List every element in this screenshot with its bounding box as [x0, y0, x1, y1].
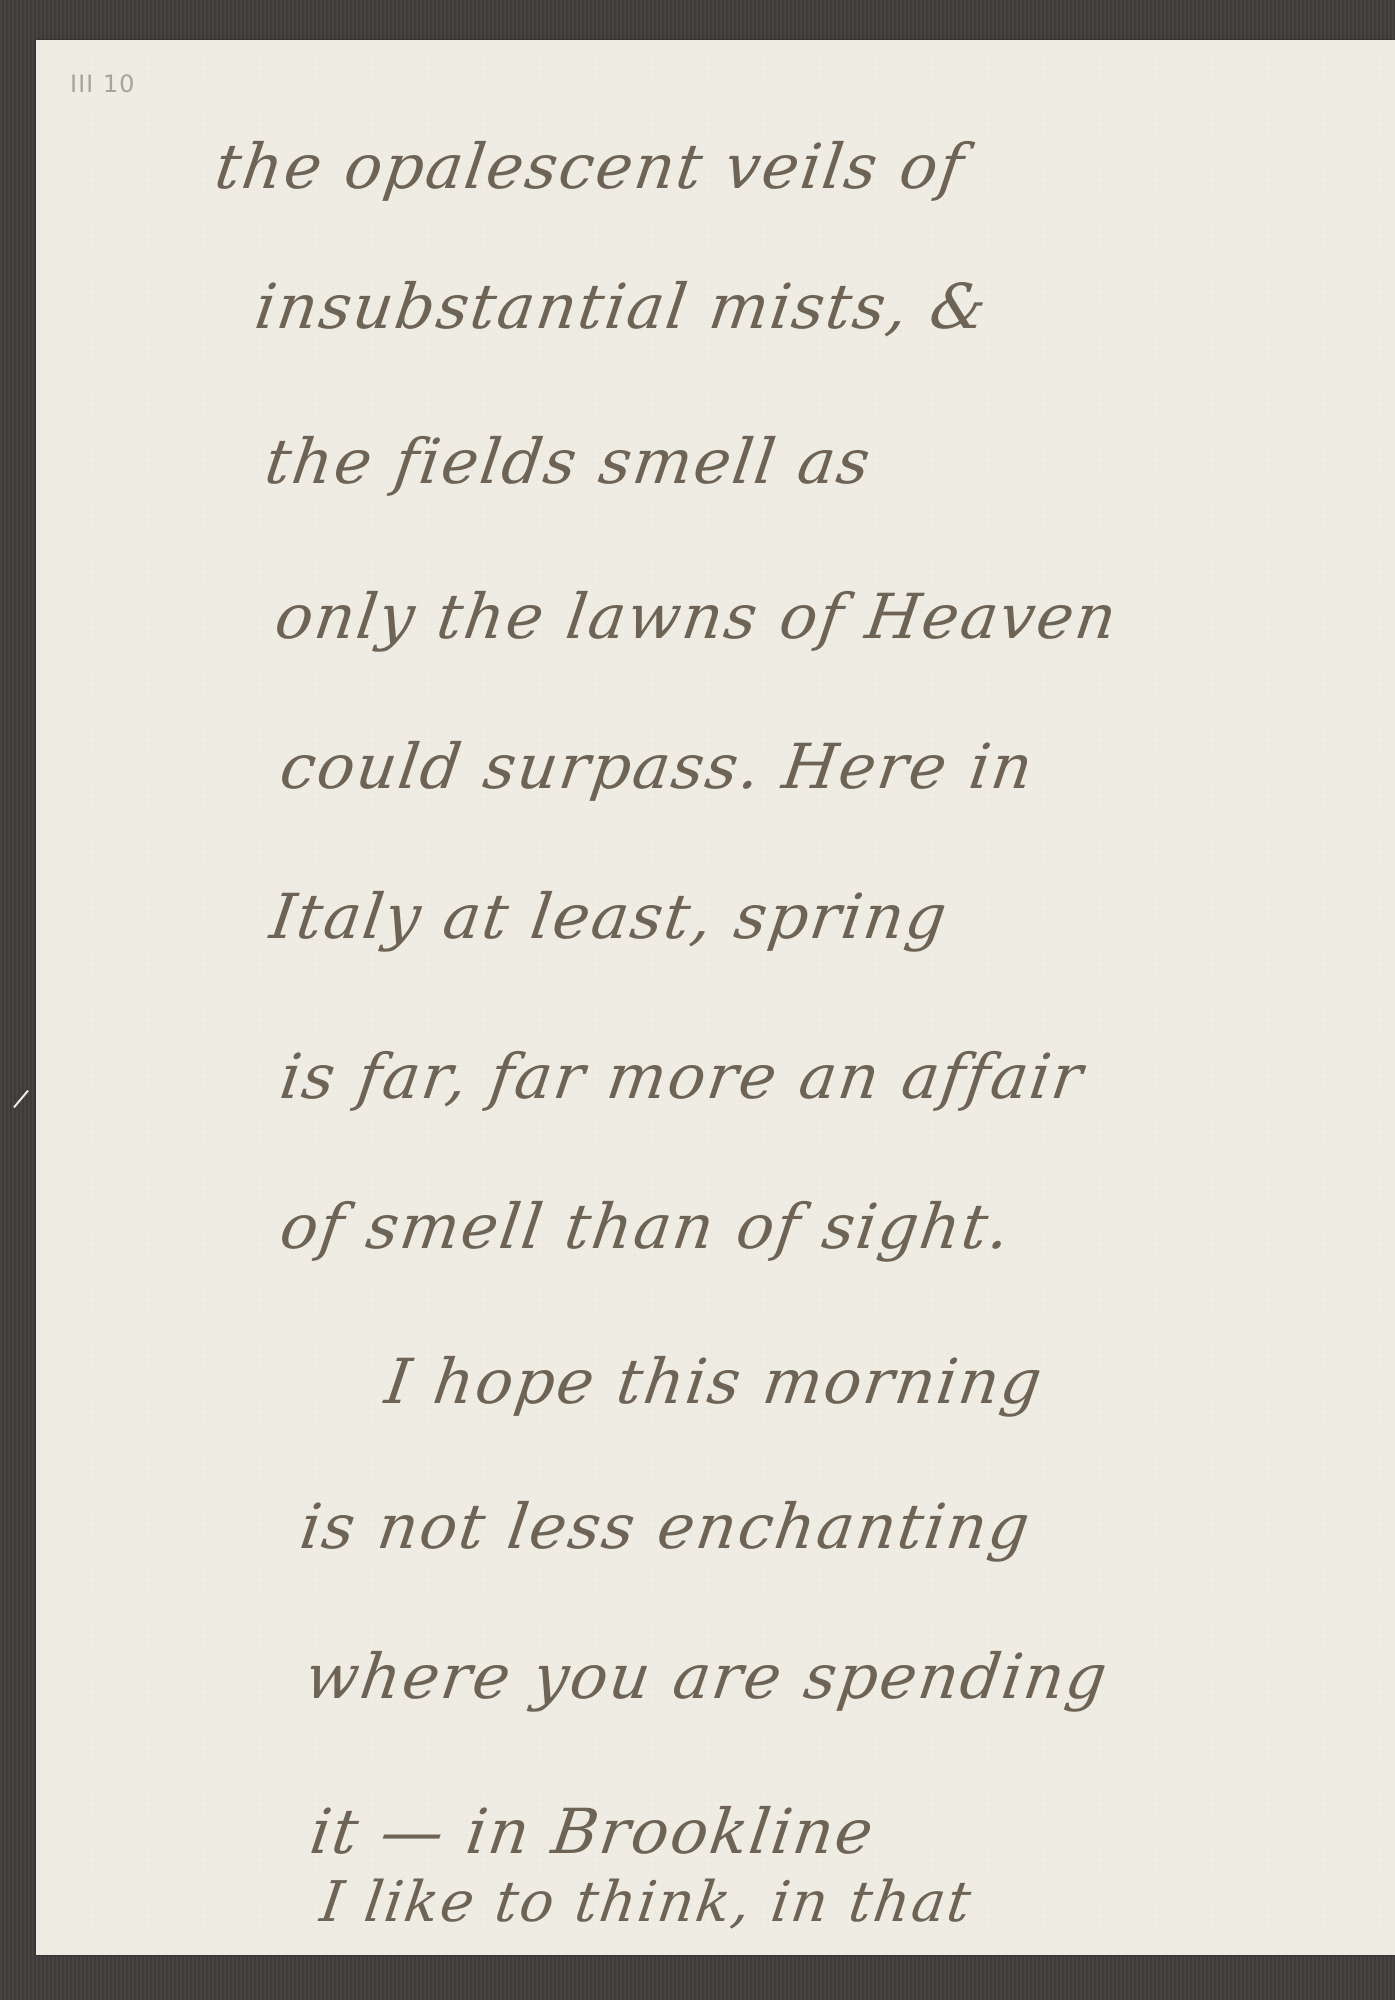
letter-line: Italy at least, spring	[266, 880, 953, 953]
letter-line: it — in Brookline	[306, 1795, 880, 1868]
letter-line: I like to think, in that	[316, 1870, 976, 1935]
letter-line: insubstantial mists, &	[251, 270, 993, 343]
letter-line: of smell than of sight.	[276, 1190, 1016, 1263]
letter-line: could surpass. Here in	[276, 730, 1039, 803]
letter-line: where you are spending	[301, 1640, 1113, 1713]
letter-line: only the lawns of Heaven	[271, 580, 1123, 653]
letter-line: I hope this morning	[381, 1345, 1048, 1418]
letter-page: III 10 the opalescent veils of insubstan…	[36, 40, 1395, 1955]
letter-line: is far, far more an affair	[276, 1040, 1089, 1113]
letter-line: is not less enchanting	[296, 1490, 1036, 1563]
letter-line: the opalescent veils of	[211, 130, 970, 203]
letter-line: the fields smell as	[261, 425, 876, 498]
letter-text: the opalescent veils of insubstantial mi…	[36, 40, 1395, 1955]
